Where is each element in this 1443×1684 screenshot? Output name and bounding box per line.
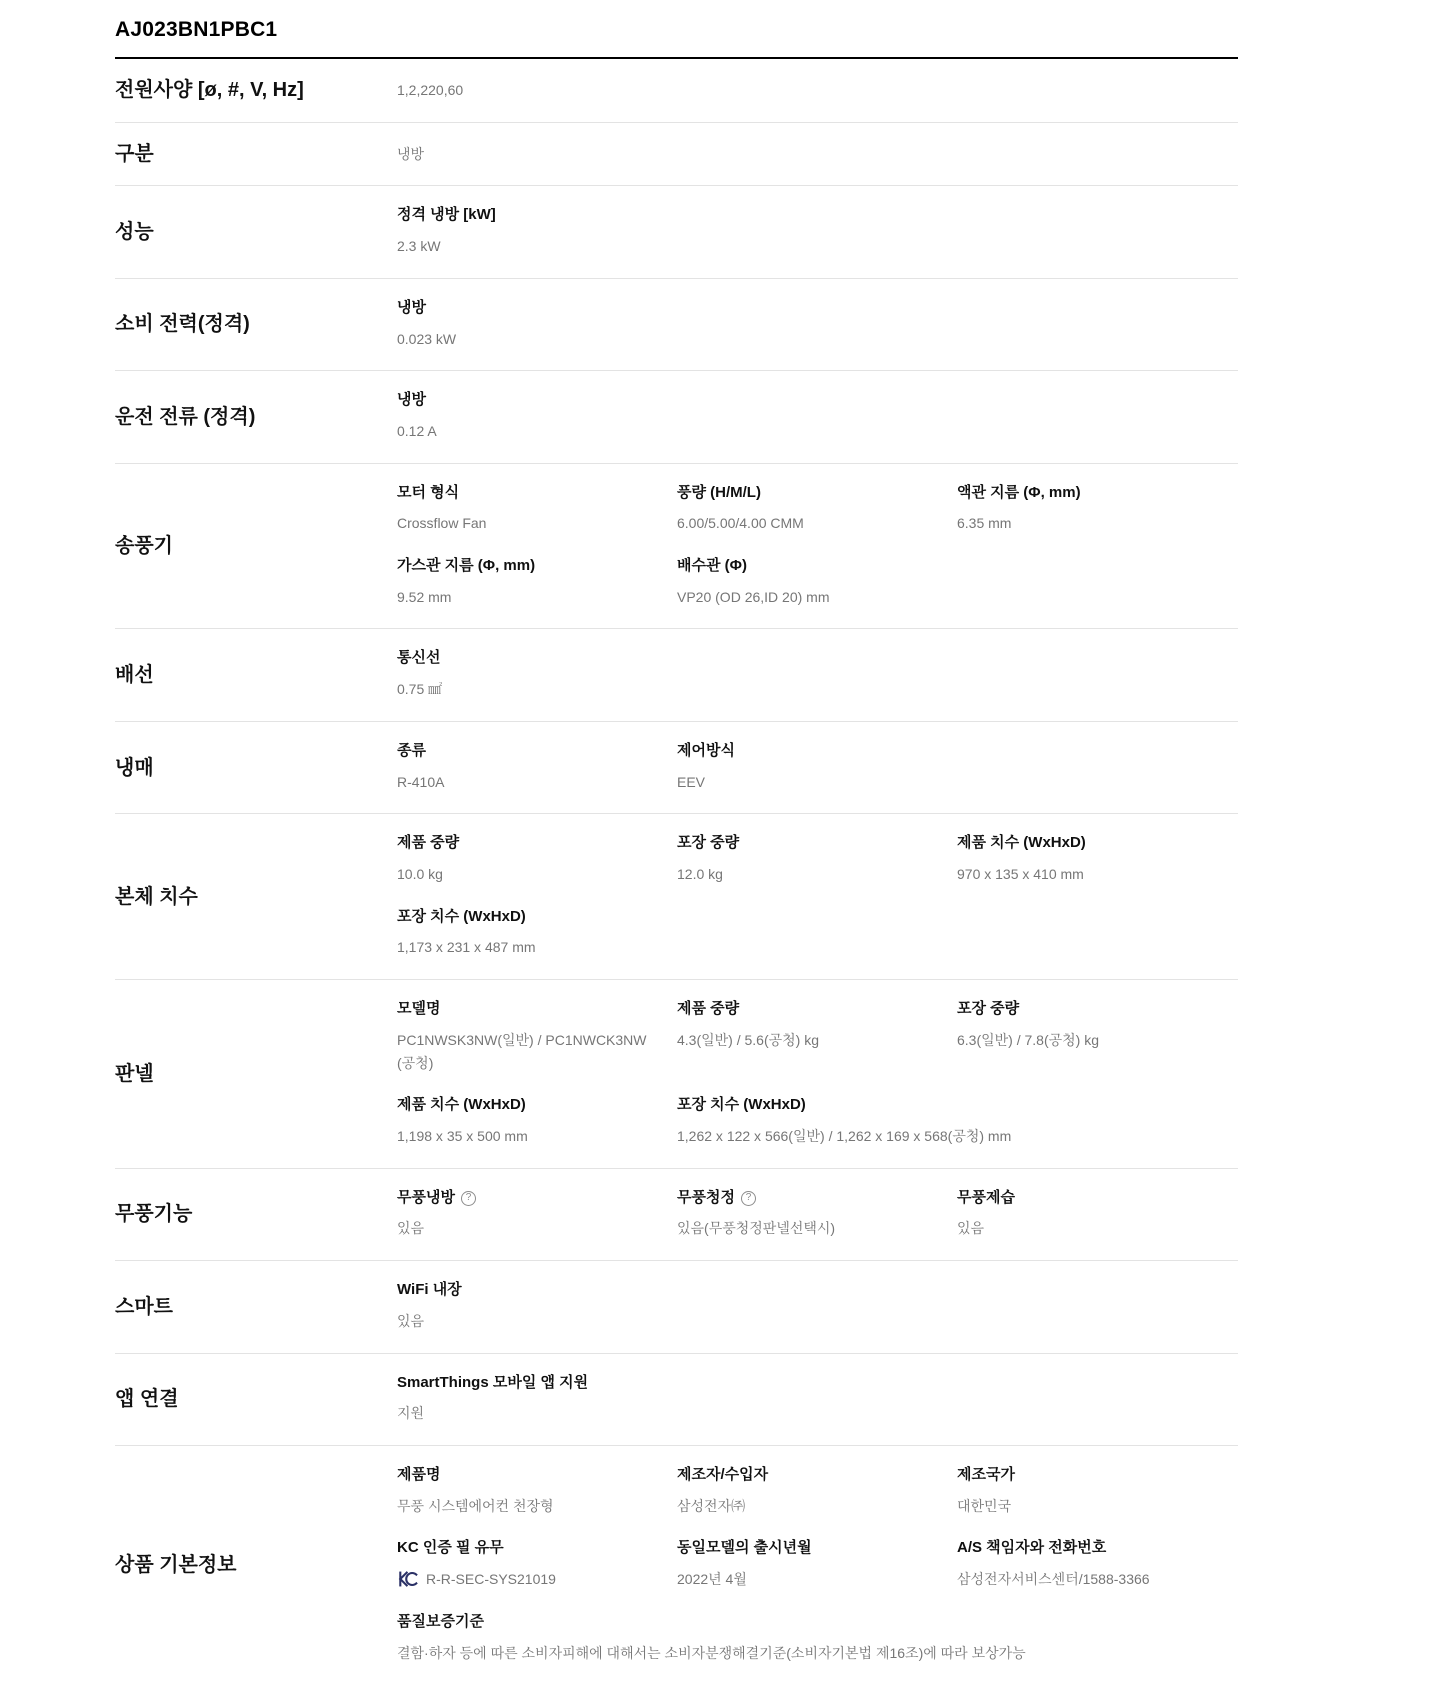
cell-name-text: 제품명	[397, 1466, 440, 1485]
cell-name-text: 제조자/수입자	[677, 1466, 768, 1485]
spec-row: 무풍기능무풍냉방?있음무풍청정?있음(무풍청정판넬선택시)무풍제습있음	[115, 1169, 1238, 1261]
row-content: 정격 냉방 [kW]2.3 kW	[397, 202, 1238, 261]
cell-group: 종류R-410A제어방식EEV	[397, 742, 1238, 793]
spec-cell: 무풍청정?있음(무풍청정판넬선택시)	[677, 1189, 957, 1240]
spec-row: 운전 전류 (정격)냉방0.12 A	[115, 371, 1238, 463]
cell-group: 냉방0.12 A	[397, 391, 1238, 442]
cell-value: 1,262 x 122 x 566(일반) / 1,262 x 169 x 56…	[677, 1125, 1216, 1148]
spec-cell: 모델명PC1NWSK3NW(일반) / PC1NWCK3NW(공청)	[397, 1000, 677, 1074]
help-icon[interactable]: ?	[461, 1191, 476, 1206]
cell-value: 12.0 kg	[677, 863, 935, 886]
spec-cell: 제품 중량10.0 kg	[397, 834, 677, 885]
cell-name-text: 포장 치수 (WxHxD)	[677, 1096, 806, 1115]
cell-name-label: 종류	[397, 742, 655, 761]
cell-name-text: 동일모델의 출시년월	[677, 1539, 812, 1558]
cell-name-label: 포장 중량	[957, 1000, 1216, 1019]
cell-value: 0.023 kW	[397, 328, 1216, 351]
cell-name-text: 냉방	[397, 299, 426, 318]
cell-group: 통신선0.75 ㎟	[397, 649, 1238, 700]
cell-name-text: 제품 중량	[677, 1000, 739, 1019]
spec-cell: 배수관 (Φ)VP20 (OD 26,ID 20) mm	[677, 557, 1238, 608]
spec-row: 스마트WiFi 내장있음	[115, 1261, 1238, 1353]
cell-name-label: 모델명	[397, 1000, 655, 1019]
row-content: 제품명무풍 시스템에어컨 천장형제조자/수입자삼성전자㈜제조국가대한민국KC 인…	[397, 1462, 1238, 1668]
cell-value: 0.75 ㎟	[397, 678, 1216, 701]
spec-cell: 무풍냉방?있음	[397, 1189, 677, 1240]
cell-value: 무풍 시스템에어컨 천장형	[397, 1495, 655, 1518]
cell-name-text: WiFi 내장	[397, 1281, 462, 1300]
row-content: 모터 형식Crossflow Fan풍량 (H/M/L)6.00/5.00/4.…	[397, 480, 1238, 613]
row-label: 본체 치수	[115, 830, 397, 963]
spec-cell: 제어방식EEV	[677, 742, 1238, 793]
spec-row: 구분냉방	[115, 123, 1238, 187]
cell-value: 있음(무풍청정판넬선택시)	[677, 1217, 935, 1240]
kc-certification-icon	[397, 1571, 418, 1587]
cell-group: WiFi 내장있음	[397, 1281, 1238, 1332]
spec-table: AJ023BN1PBC1 전원사양 [ø, #, V, Hz]1,2,220,6…	[115, 10, 1238, 1684]
cell-name-label: 무풍청정?	[677, 1189, 935, 1208]
cell-name-label: 제품명	[397, 1466, 655, 1485]
cell-value: 970 x 135 x 410 mm	[957, 863, 1216, 886]
cell-name-label: SmartThings 모바일 앱 지원	[397, 1374, 1216, 1393]
spec-row: 배선통신선0.75 ㎟	[115, 629, 1238, 721]
cell-name-label: 냉방	[397, 391, 1216, 410]
cell-name-text: 무풍냉방	[397, 1189, 455, 1208]
cell-name-label: 동일모델의 출시년월	[677, 1539, 935, 1558]
cell-name-label: 품질보증기준	[397, 1613, 1216, 1632]
cell-group: 제품 중량10.0 kg포장 중량12.0 kg제품 치수 (WxHxD)970…	[397, 834, 1238, 885]
cell-name-text: 제조국가	[957, 1466, 1015, 1485]
spec-cell: 포장 중량12.0 kg	[677, 834, 957, 885]
cell-group: 정격 냉방 [kW]2.3 kW	[397, 206, 1238, 257]
cell-name-label: 가스관 지름 (Φ, mm)	[397, 557, 655, 576]
row-label: 소비 전력(정격)	[115, 295, 397, 354]
row-content: 냉방0.12 A	[397, 387, 1238, 446]
spec-cell: A/S 책임자와 전화번호삼성전자서비스센터/1588-3366	[957, 1539, 1238, 1590]
cell-value: 삼성전자㈜	[677, 1495, 935, 1518]
cell-group: 모터 형식Crossflow Fan풍량 (H/M/L)6.00/5.00/4.…	[397, 484, 1238, 535]
cell-value: 결함·하자 등에 따른 소비자피해에 대해서는 소비자분쟁해결기준(소비자기본법…	[397, 1642, 1216, 1665]
cell-value: R-410A	[397, 771, 655, 794]
row-label: 상품 기본정보	[115, 1462, 397, 1668]
cell-name-label: 제조국가	[957, 1466, 1216, 1485]
cell-value: 2.3 kW	[397, 235, 1216, 258]
cell-name-text: 모터 형식	[397, 484, 459, 503]
cell-value: 1,2,220,60	[397, 79, 1216, 102]
cell-name-label: 배수관 (Φ)	[677, 557, 1216, 576]
cell-name-text: 품질보증기준	[397, 1613, 484, 1632]
cell-group: 품질보증기준결함·하자 등에 따른 소비자피해에 대해서는 소비자분쟁해결기준(…	[397, 1613, 1238, 1664]
cell-name-text: 종류	[397, 742, 426, 761]
spec-cell: 포장 치수 (WxHxD)1,262 x 122 x 566(일반) / 1,2…	[677, 1096, 1238, 1147]
cell-name-label: 냉방	[397, 299, 1216, 318]
cell-value: 냉방	[397, 143, 1216, 166]
cell-name-label: 액관 지름 (Φ, mm)	[957, 484, 1216, 503]
cell-name-text: 가스관 지름 (Φ, mm)	[397, 557, 535, 576]
cell-value: R-R-SEC-SYS21019	[397, 1568, 655, 1591]
cell-name-text: 배수관 (Φ)	[677, 557, 747, 576]
cell-name-text: 무풍청정	[677, 1189, 735, 1208]
cell-group: 무풍냉방?있음무풍청정?있음(무풍청정판넬선택시)무풍제습있음	[397, 1189, 1238, 1240]
cell-name-text: 정격 냉방 [kW]	[397, 206, 496, 225]
spec-cell: 모터 형식Crossflow Fan	[397, 484, 677, 535]
cell-value: 있음	[957, 1217, 1216, 1240]
cell-value: 4.3(일반) / 5.6(공청) kg	[677, 1029, 935, 1052]
spec-cell: 풍량 (H/M/L)6.00/5.00/4.00 CMM	[677, 484, 957, 535]
cell-name-text: 무풍제습	[957, 1189, 1015, 1208]
spec-cell: 냉방	[397, 143, 1238, 166]
spec-row: 냉매종류R-410A제어방식EEV	[115, 722, 1238, 814]
cell-name-label: WiFi 내장	[397, 1281, 1216, 1300]
spec-cell: 1,2,220,60	[397, 79, 1238, 102]
cell-value: 1,198 x 35 x 500 mm	[397, 1125, 655, 1148]
cell-name-label: 포장 치수 (WxHxD)	[677, 1096, 1216, 1115]
cell-group: KC 인증 필 유무 R-R-SEC-SYS21019동일모델의 출시년월202…	[397, 1539, 1238, 1590]
row-label: 송풍기	[115, 480, 397, 613]
cell-value: 대한민국	[957, 1495, 1216, 1518]
cell-name-label: 무풍냉방?	[397, 1189, 655, 1208]
spec-cell: 제품명무풍 시스템에어컨 천장형	[397, 1466, 677, 1517]
spec-cell: 품질보증기준결함·하자 등에 따른 소비자피해에 대해서는 소비자분쟁해결기준(…	[397, 1613, 1238, 1664]
cell-name-text: KC 인증 필 유무	[397, 1539, 504, 1558]
row-content: 무풍냉방?있음무풍청정?있음(무풍청정판넬선택시)무풍제습있음	[397, 1185, 1238, 1244]
row-label: 배선	[115, 645, 397, 704]
row-content: 1,2,220,60	[397, 75, 1238, 106]
cell-value: Crossflow Fan	[397, 512, 655, 535]
cell-value: 9.52 mm	[397, 586, 655, 609]
spec-row: 전원사양 [ø, #, V, Hz]1,2,220,60	[115, 59, 1238, 123]
cell-name-text: 액관 지름 (Φ, mm)	[957, 484, 1081, 503]
cell-name-text: 모델명	[397, 1000, 440, 1019]
cell-group: 냉방0.023 kW	[397, 299, 1238, 350]
cell-name-text: 풍량 (H/M/L)	[677, 484, 761, 503]
spec-row: 송풍기모터 형식Crossflow Fan풍량 (H/M/L)6.00/5.00…	[115, 464, 1238, 630]
row-label: 스마트	[115, 1277, 397, 1336]
row-content: 종류R-410A제어방식EEV	[397, 738, 1238, 797]
cell-name-label: 무풍제습	[957, 1189, 1216, 1208]
cell-name-label: 제조자/수입자	[677, 1466, 935, 1485]
kc-certification-number: R-R-SEC-SYS21019	[426, 1568, 556, 1591]
spec-row: 소비 전력(정격)냉방0.023 kW	[115, 279, 1238, 371]
cell-value: 지원	[397, 1402, 1216, 1425]
cell-name-text: 냉방	[397, 391, 426, 410]
cell-value: PC1NWSK3NW(일반) / PC1NWCK3NW(공청)	[397, 1029, 655, 1074]
row-label: 전원사양 [ø, #, V, Hz]	[115, 75, 397, 106]
spec-cell: 정격 냉방 [kW]2.3 kW	[397, 206, 1238, 257]
cell-name-label: 제품 중량	[677, 1000, 935, 1019]
row-label: 운전 전류 (정격)	[115, 387, 397, 446]
cell-value: 삼성전자서비스센터/1588-3366	[957, 1568, 1216, 1591]
row-content: 제품 중량10.0 kg포장 중량12.0 kg제품 치수 (WxHxD)970…	[397, 830, 1238, 963]
spec-cell: 제품 치수 (WxHxD)1,198 x 35 x 500 mm	[397, 1096, 677, 1147]
cell-group: 제품 치수 (WxHxD)1,198 x 35 x 500 mm포장 치수 (W…	[397, 1096, 1238, 1147]
cell-group: 제품명무풍 시스템에어컨 천장형제조자/수입자삼성전자㈜제조국가대한민국	[397, 1466, 1238, 1517]
cell-name-label: 모터 형식	[397, 484, 655, 503]
cell-value: EEV	[677, 771, 1216, 794]
cell-group: 포장 치수 (WxHxD)1,173 x 231 x 487 mm	[397, 908, 1238, 959]
spec-cell: WiFi 내장있음	[397, 1281, 1238, 1332]
spec-table-body: 전원사양 [ø, #, V, Hz]1,2,220,60구분냉방성능정격 냉방 …	[115, 59, 1238, 1684]
cell-group: 냉방	[397, 143, 1238, 166]
row-label: 냉매	[115, 738, 397, 797]
cell-value: 10.0 kg	[397, 863, 655, 886]
cell-value: VP20 (OD 26,ID 20) mm	[677, 586, 1216, 609]
product-model-title: AJ023BN1PBC1	[115, 10, 1238, 59]
cell-name-text: 통신선	[397, 649, 440, 668]
spec-cell: 제품 중량4.3(일반) / 5.6(공청) kg	[677, 1000, 957, 1051]
spec-cell: 제조자/수입자삼성전자㈜	[677, 1466, 957, 1517]
cell-group: 모델명PC1NWSK3NW(일반) / PC1NWCK3NW(공청)제품 중량4…	[397, 1000, 1238, 1074]
cell-name-text: 제품 치수 (WxHxD)	[957, 834, 1086, 853]
cell-name-label: 제품 치수 (WxHxD)	[397, 1096, 655, 1115]
cell-name-text: 제품 중량	[397, 834, 459, 853]
spec-cell: 가스관 지름 (Φ, mm)9.52 mm	[397, 557, 677, 608]
spec-cell: 종류R-410A	[397, 742, 677, 793]
cell-name-label: A/S 책임자와 전화번호	[957, 1539, 1216, 1558]
cell-name-label: 제품 치수 (WxHxD)	[957, 834, 1216, 853]
cell-group: 가스관 지름 (Φ, mm)9.52 mm배수관 (Φ)VP20 (OD 26,…	[397, 557, 1238, 608]
spec-cell: 냉방0.12 A	[397, 391, 1238, 442]
cell-name-label: KC 인증 필 유무	[397, 1539, 655, 1558]
cell-value: 6.3(일반) / 7.8(공청) kg	[957, 1029, 1216, 1052]
row-content: 냉방0.023 kW	[397, 295, 1238, 354]
cell-group: SmartThings 모바일 앱 지원지원	[397, 1374, 1238, 1425]
spec-row: 성능정격 냉방 [kW]2.3 kW	[115, 186, 1238, 278]
cell-name-label: 제품 중량	[397, 834, 655, 853]
cell-value: 있음	[397, 1217, 655, 1240]
row-content: 모델명PC1NWSK3NW(일반) / PC1NWCK3NW(공청)제품 중량4…	[397, 996, 1238, 1152]
row-content: 통신선0.75 ㎟	[397, 645, 1238, 704]
cell-name-text: 포장 치수 (WxHxD)	[397, 908, 526, 927]
cell-name-label: 통신선	[397, 649, 1216, 668]
spec-cell: SmartThings 모바일 앱 지원지원	[397, 1374, 1238, 1425]
cell-name-label: 제어방식	[677, 742, 1216, 761]
cell-name-text: A/S 책임자와 전화번호	[957, 1539, 1106, 1558]
cell-name-text: 포장 중량	[677, 834, 739, 853]
row-content: SmartThings 모바일 앱 지원지원	[397, 1370, 1238, 1429]
spec-cell: 포장 치수 (WxHxD)1,173 x 231 x 487 mm	[397, 908, 1238, 959]
cell-name-label: 풍량 (H/M/L)	[677, 484, 935, 503]
cell-name-text: 포장 중량	[957, 1000, 1019, 1019]
cell-value: 있음	[397, 1310, 1216, 1333]
row-label: 성능	[115, 202, 397, 261]
spec-row: 상품 기본정보제품명무풍 시스템에어컨 천장형제조자/수입자삼성전자㈜제조국가대…	[115, 1446, 1238, 1684]
cell-name-label: 정격 냉방 [kW]	[397, 206, 1216, 225]
spec-cell: 통신선0.75 ㎟	[397, 649, 1238, 700]
cell-value: 6.35 mm	[957, 512, 1216, 535]
cell-value: 2022년 4월	[677, 1568, 935, 1591]
row-content: WiFi 내장있음	[397, 1277, 1238, 1336]
cell-value: 6.00/5.00/4.00 CMM	[677, 512, 935, 535]
spec-cell: 제조국가대한민국	[957, 1466, 1238, 1517]
spec-cell: 포장 중량6.3(일반) / 7.8(공청) kg	[957, 1000, 1238, 1051]
spec-row: 판넬모델명PC1NWSK3NW(일반) / PC1NWCK3NW(공청)제품 중…	[115, 980, 1238, 1169]
spec-cell: 제품 치수 (WxHxD)970 x 135 x 410 mm	[957, 834, 1238, 885]
row-label: 앱 연결	[115, 1370, 397, 1429]
row-content: 냉방	[397, 139, 1238, 170]
cell-group: 1,2,220,60	[397, 79, 1238, 102]
spec-cell: 동일모델의 출시년월2022년 4월	[677, 1539, 957, 1590]
cell-value: 1,173 x 231 x 487 mm	[397, 936, 1216, 959]
help-icon[interactable]: ?	[741, 1191, 756, 1206]
row-label: 판넬	[115, 996, 397, 1152]
row-label: 구분	[115, 139, 397, 170]
spec-row: 본체 치수제품 중량10.0 kg포장 중량12.0 kg제품 치수 (WxHx…	[115, 814, 1238, 980]
spec-cell: KC 인증 필 유무 R-R-SEC-SYS21019	[397, 1539, 677, 1590]
spec-cell: 냉방0.023 kW	[397, 299, 1238, 350]
cell-name-text: 제어방식	[677, 742, 735, 761]
cell-name-label: 포장 중량	[677, 834, 935, 853]
row-label: 무풍기능	[115, 1185, 397, 1244]
cell-value: 0.12 A	[397, 420, 1216, 443]
cell-name-label: 포장 치수 (WxHxD)	[397, 908, 1216, 927]
spec-cell: 무풍제습있음	[957, 1189, 1238, 1240]
cell-name-text: SmartThings 모바일 앱 지원	[397, 1374, 588, 1393]
spec-row: 앱 연결SmartThings 모바일 앱 지원지원	[115, 1354, 1238, 1446]
cell-name-text: 제품 치수 (WxHxD)	[397, 1096, 526, 1115]
spec-cell: 액관 지름 (Φ, mm)6.35 mm	[957, 484, 1238, 535]
